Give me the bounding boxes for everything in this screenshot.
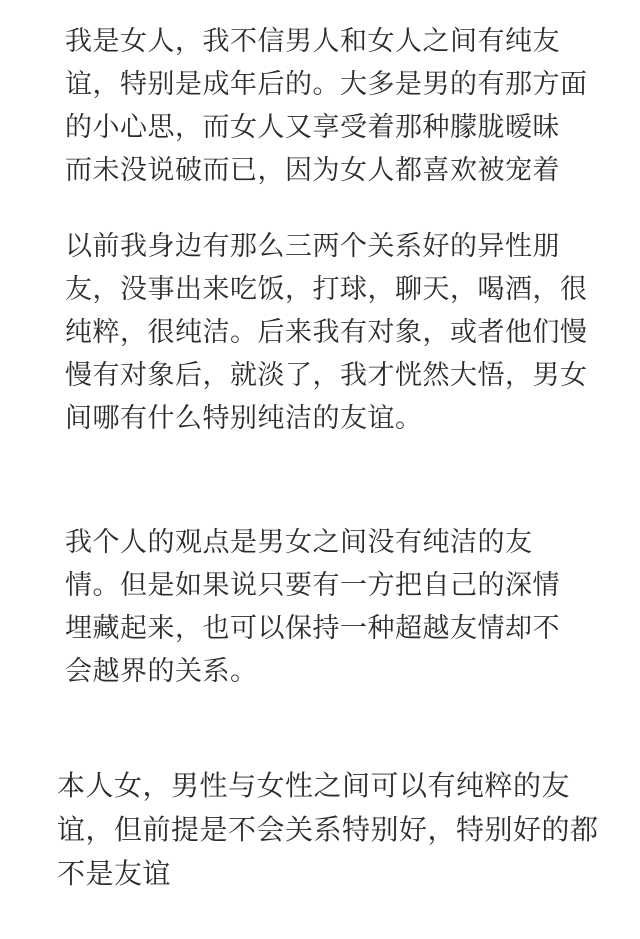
- text-line: 的小心思，而女人又享受着那种朦胧暧昧: [65, 106, 588, 149]
- paragraph-2: 以前我身边有那么三两个关系好的异性朋 友，没事出来吃饭，打球，聊天，喝酒，很 纯…: [65, 225, 588, 440]
- text-line: 本人女，男性与女性之间可以有纯粹的友: [57, 764, 599, 808]
- text-line: 埋藏起来，也可以保持一种超越友情却不: [65, 607, 560, 650]
- text-line: 不是友谊: [57, 852, 599, 896]
- text-line: 慢有对象后，就淡了，我才恍然大悟，男女: [65, 354, 588, 397]
- paragraph-1: 我是女人，我不信男人和女人之间有纯友 谊，特别是成年后的。大多是男的有那方面 的…: [65, 20, 588, 192]
- text-line: 我个人的观点是男女之间没有纯洁的友: [65, 521, 560, 564]
- text-line: 会越界的关系。: [65, 650, 560, 693]
- text-line: 间哪有什么特别纯洁的友谊。: [65, 397, 588, 440]
- text-line: 谊，特别是成年后的。大多是男的有那方面: [65, 63, 588, 106]
- paragraph-3: 我个人的观点是男女之间没有纯洁的友 情。但是如果说只要有一方把自己的深情 埋藏起…: [65, 521, 560, 693]
- text-line: 纯粹，很纯洁。后来我有对象，或者他们慢: [65, 311, 588, 354]
- text-line: 友，没事出来吃饭，打球，聊天，喝酒，很: [65, 268, 588, 311]
- text-line: 以前我身边有那么三两个关系好的异性朋: [65, 225, 588, 268]
- paragraph-4: 本人女，男性与女性之间可以有纯粹的友 谊，但前提是不会关系特别好，特别好的都 不…: [57, 764, 599, 896]
- text-line: 情。但是如果说只要有一方把自己的深情: [65, 564, 560, 607]
- text-line: 谊，但前提是不会关系特别好，特别好的都: [57, 808, 599, 852]
- text-line: 而未没说破而已，因为女人都喜欢被宠着: [65, 149, 588, 192]
- text-line: 我是女人，我不信男人和女人之间有纯友: [65, 20, 588, 63]
